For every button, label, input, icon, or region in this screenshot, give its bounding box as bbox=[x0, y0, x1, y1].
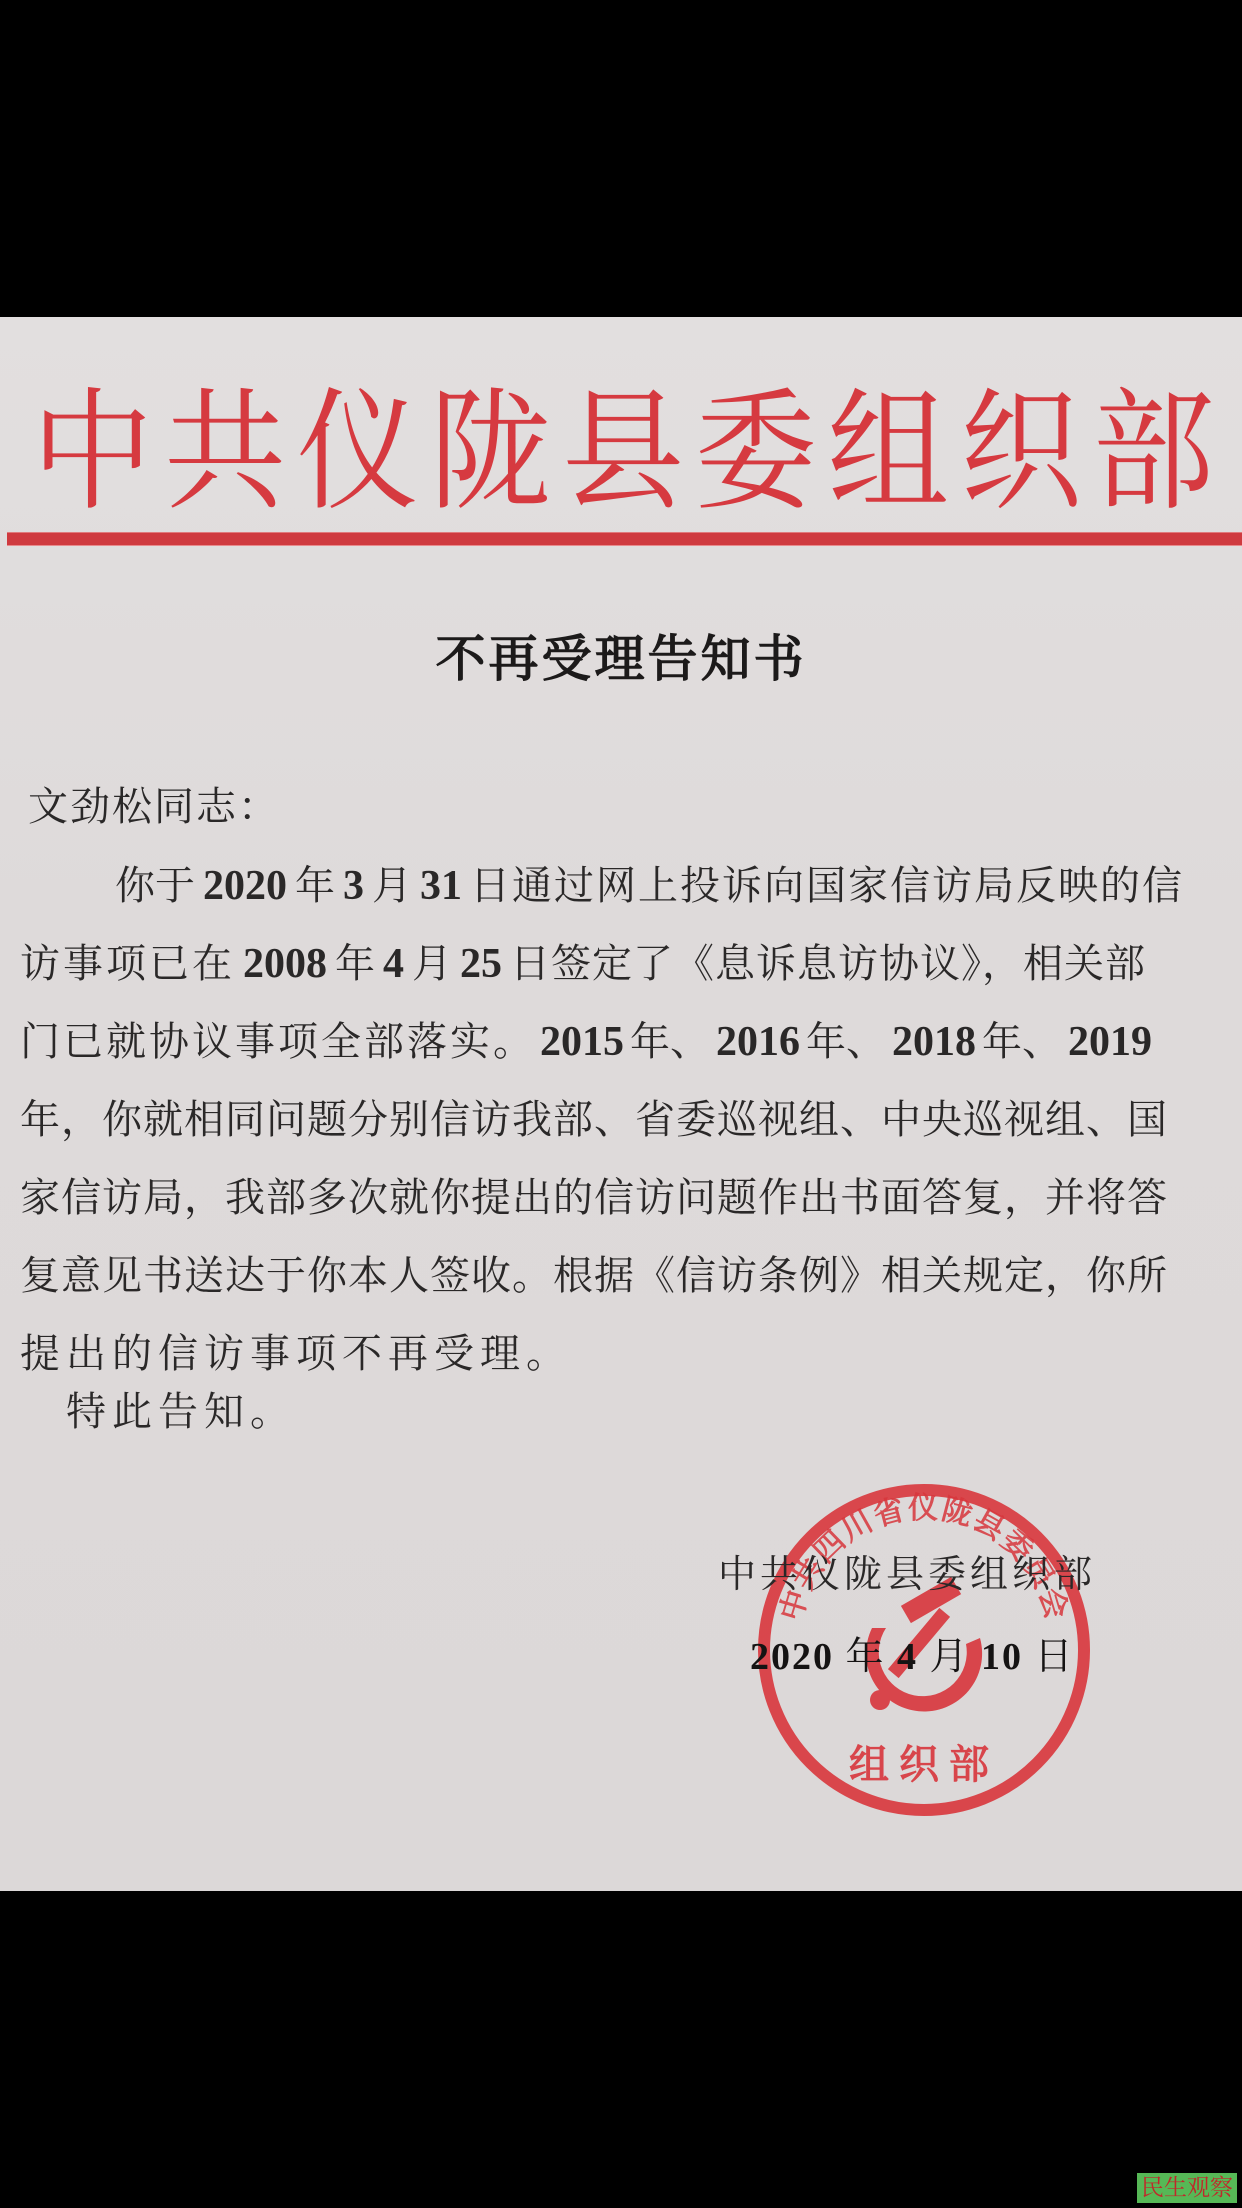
letterhead-char: 部 bbox=[1089, 371, 1218, 533]
number-run: 2008 bbox=[243, 925, 327, 1003]
number-run: 25 bbox=[460, 925, 502, 1003]
source-watermark: 民生观察 bbox=[1137, 2173, 1237, 2203]
text-run: 年 bbox=[335, 925, 375, 1003]
date-month: 4 bbox=[897, 1636, 918, 1678]
text-run: 年、 bbox=[982, 1003, 1062, 1081]
number-run: 3 bbox=[343, 847, 364, 925]
letterhead-red-rule bbox=[7, 532, 1242, 546]
closing-text: 特此告知。 bbox=[66, 1380, 296, 1437]
text-run: 年 bbox=[295, 847, 335, 925]
signature-org: 中共仪陇县委组织部 bbox=[718, 1543, 1096, 1598]
letterhead-char: 仪 bbox=[293, 371, 422, 533]
svg-text:组织部: 组织部 bbox=[849, 1742, 999, 1788]
number-run: 2020 bbox=[203, 847, 287, 925]
body-line: 门已就协议事项全部落实。 2015 年、 2016 年、 2018 年、 201… bbox=[20, 1003, 1228, 1081]
date-month-unit: 月 bbox=[930, 1634, 970, 1678]
text-run: 日签定了《息诉息访协议》，相关部 bbox=[510, 925, 1146, 1003]
letterhead-char: 织 bbox=[956, 371, 1085, 533]
text-run: 复意见书送达于你本人签收。根据《信访条例》相关规定，你所 bbox=[20, 1237, 1168, 1315]
letterhead-char: 共 bbox=[161, 371, 290, 533]
letterhead-char: 县 bbox=[559, 371, 688, 533]
letterhead-char: 委 bbox=[691, 371, 820, 533]
number-run: 2015 bbox=[540, 1003, 624, 1081]
letterhead-char: 中 bbox=[28, 371, 157, 533]
body-line: 复意见书送达于你本人签收。根据《信访条例》相关规定，你所 bbox=[20, 1237, 1228, 1315]
date-day-unit: 日 bbox=[1035, 1634, 1075, 1678]
body-line: 你于 2020 年 3 月 31 日通过网上投诉向国家信访局反映的信 bbox=[20, 847, 1228, 925]
text-run: 月 bbox=[412, 925, 452, 1003]
signature-date: 2020 年 4 月 10 日 bbox=[750, 1625, 1075, 1680]
text-run: 年，你就相同问题分别信访我部、省委巡视组、中央巡视组、国 bbox=[20, 1081, 1168, 1159]
text-run: 门已就协议事项全部落实。 bbox=[20, 1003, 536, 1081]
text-run: 月 bbox=[372, 847, 412, 925]
text-run: 年、 bbox=[630, 1003, 710, 1081]
number-run: 4 bbox=[383, 925, 404, 1003]
letterhead-char: 陇 bbox=[426, 371, 555, 533]
text-run: 年、 bbox=[806, 1003, 886, 1081]
document-paper: 中 共 仪 陇 县 委 组 织 部 不再受理告知书 文劲松同志： 你于 2020… bbox=[0, 317, 1242, 1891]
number-run: 31 bbox=[420, 847, 462, 925]
date-year: 2020 bbox=[750, 1636, 834, 1678]
text-run: 访事项已在 bbox=[20, 925, 235, 1003]
document-title: 不再受理告知书 bbox=[0, 619, 1242, 691]
body-line: 年，你就相同问题分别信访我部、省委巡视组、中央巡视组、国 bbox=[20, 1081, 1228, 1159]
number-run: 2019 bbox=[1068, 1003, 1152, 1081]
text-run: 日通过网上投诉向国家信访局反映的信 bbox=[470, 847, 1184, 925]
document-body: 你于 2020 年 3 月 31 日通过网上投诉向国家信访局反映的信 访事项已在… bbox=[20, 847, 1228, 1393]
letterhead-char: 组 bbox=[824, 371, 953, 533]
text-run: 你于 bbox=[115, 847, 195, 925]
body-line: 访事项已在 2008 年 4 月 25 日签定了《息诉息访协议》，相关部 bbox=[20, 925, 1228, 1003]
number-run: 2018 bbox=[892, 1003, 976, 1081]
body-line: 家信访局，我部多次就你提出的信访问题作出书面答复，并将答 bbox=[20, 1159, 1228, 1237]
org-letterhead: 中 共 仪 陇 县 委 组 织 部 bbox=[28, 377, 1218, 527]
text-run: 家信访局，我部多次就你提出的信访问题作出书面答复，并将答 bbox=[20, 1159, 1168, 1237]
salutation: 文劲松同志： bbox=[28, 775, 280, 832]
date-year-unit: 年 bbox=[846, 1634, 886, 1678]
number-run: 2016 bbox=[716, 1003, 800, 1081]
date-day: 10 bbox=[981, 1636, 1023, 1678]
